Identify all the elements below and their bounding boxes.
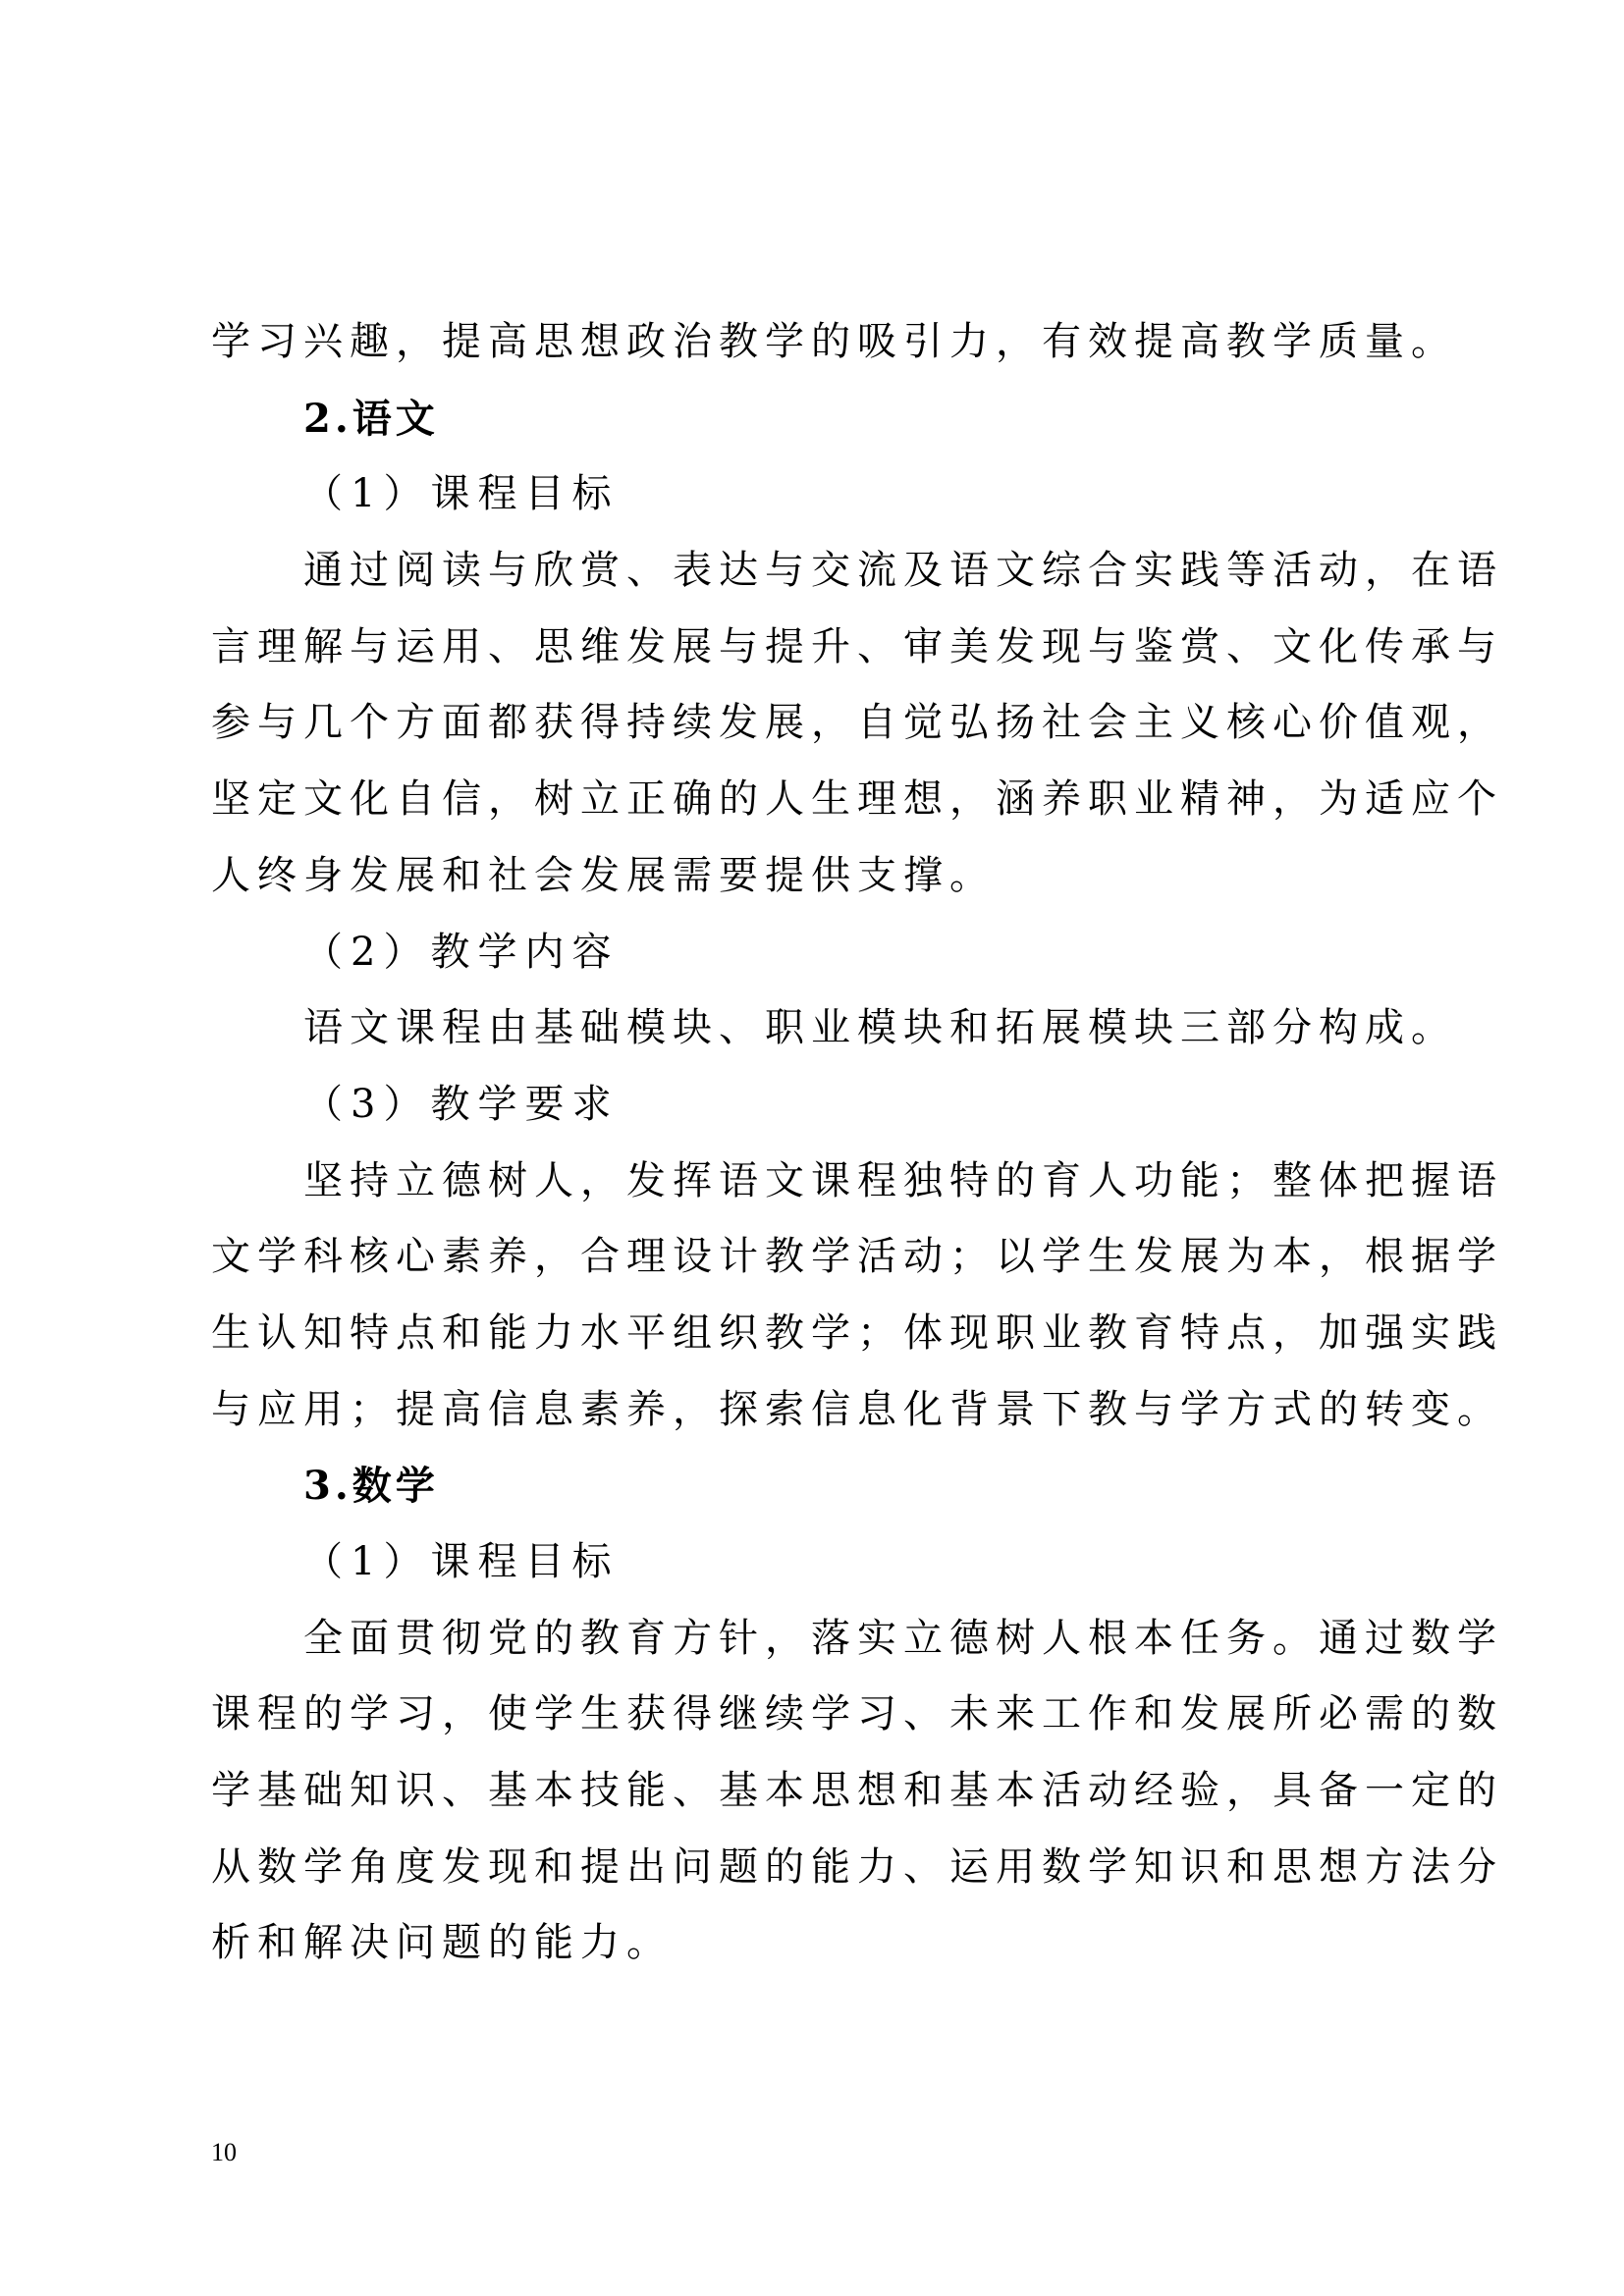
paragraph-line: 生认知特点和能力水平组织教学；体现职业教育特点，加强实践 <box>211 1296 1421 1372</box>
paragraph-line: 从数学角度发现和提出问题的能力、运用数学知识和思想方法分 <box>211 1830 1421 1906</box>
subheading-course-goals: （1）课程目标 <box>211 1524 1421 1601</box>
paragraph-line: 文学科核心素养，合理设计教学活动；以学生发展为本，根据学 <box>211 1219 1421 1296</box>
paragraph-line: 参与几个方面都获得持续发展，自觉弘扬社会主义核心价值观， <box>211 685 1421 762</box>
page-number: 10 <box>211 2138 237 2167</box>
paragraph-line: 学习兴趣，提高思想政治教学的吸引力，有效提高教学质量。 <box>211 304 1421 381</box>
document-page: 学习兴趣，提高思想政治教学的吸引力，有效提高教学质量。 2.语文 （1）课程目标… <box>0 0 1624 2296</box>
paragraph-line: 人终身发展和社会发展需要提供支撑。 <box>211 838 1421 915</box>
paragraph-line: 课程的学习，使学生获得继续学习、未来工作和发展所必需的数 <box>211 1677 1421 1753</box>
section-heading-chinese: 2.语文 <box>211 381 1421 457</box>
paragraph-line: 坚持立德树人，发挥语文课程独特的育人功能；整体把握语 <box>211 1144 1421 1220</box>
subheading-teaching-content: （2）教学内容 <box>211 915 1421 991</box>
paragraph-line: 通过阅读与欣赏、表达与交流及语文综合实践等活动，在语 <box>211 533 1421 610</box>
paragraph-line: 坚定文化自信，树立正确的人生理想，涵养职业精神，为适应个 <box>211 762 1421 838</box>
paragraph-line: 全面贯彻党的教育方针，落实立德树人根本任务。通过数学 <box>211 1601 1421 1678</box>
paragraph-line: 语文课程由基础模块、职业模块和拓展模块三部分构成。 <box>211 990 1421 1067</box>
section-heading-math: 3.数学 <box>211 1448 1421 1524</box>
paragraph-line: 学基础知识、基本技能、基本思想和基本活动经验，具备一定的 <box>211 1753 1421 1830</box>
page-body: 学习兴趣，提高思想政治教学的吸引力，有效提高教学质量。 2.语文 （1）课程目标… <box>211 304 1421 1982</box>
paragraph-line: 言理解与运用、思维发展与提升、审美发现与鉴赏、文化传承与 <box>211 610 1421 686</box>
subheading-teaching-requirements: （3）教学要求 <box>211 1067 1421 1144</box>
paragraph-line: 与应用；提高信息素养，探索信息化背景下教与学方式的转变。 <box>211 1372 1421 1449</box>
subheading-course-goals: （1）课程目标 <box>211 456 1421 533</box>
paragraph-line: 析和解决问题的能力。 <box>211 1905 1421 1982</box>
